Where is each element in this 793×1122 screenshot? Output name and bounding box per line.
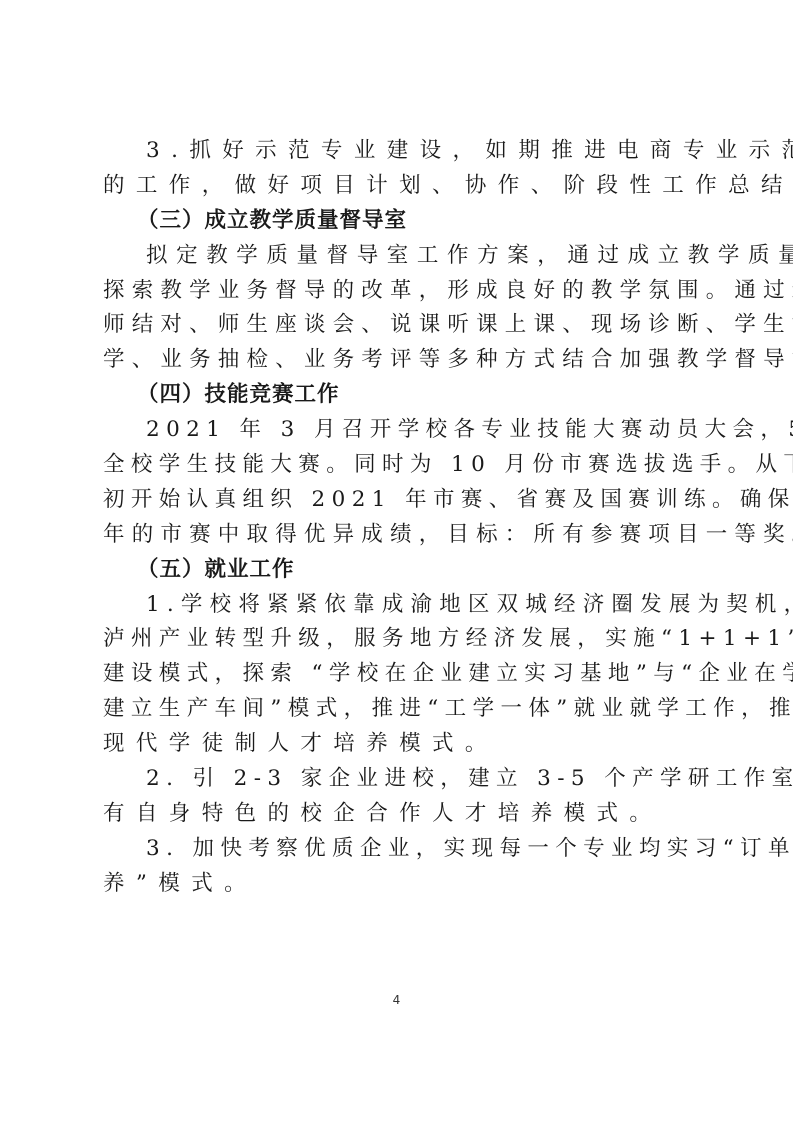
paragraph-line: 3.抓好示范专业建设，如期推进电商专业示范建设各项目	[103, 134, 693, 169]
paragraph-line: 3. 加快考察优质企业，实现每一个专业均实习“订单班培	[103, 832, 693, 867]
paragraph-line: 建立生产车间”模式，推进“工学一体”就业就学工作，推行	[103, 692, 693, 727]
paragraph-line: 1.学校将紧紧依靠成渝地区双城经济圈发展为契机，立足	[103, 588, 693, 623]
paragraph-line: 的工作，做好项目计划、协作、阶段性工作总结。	[103, 169, 693, 204]
paragraph-line: 拟定教学质量督导室工作方案，通过成立教学质量督导室，	[103, 239, 693, 274]
paragraph-line: 有自身特色的校企合作人才培养模式。	[103, 797, 693, 832]
section-heading-4: （四）技能竞赛工作	[103, 378, 693, 413]
paragraph-line: 现代学徒制人才培养模式。	[103, 727, 693, 762]
paragraph-line: 2. 引 2-3 家企业进校，建立 3-5 个产学研工作室，形成具	[103, 762, 693, 797]
paragraph-line: 初开始认真组织 2021 年市赛、省赛及国赛训练。确保在 2021	[103, 483, 693, 518]
paragraph-line: 泸州产业转型升级，服务地方经济发展，实施“1+1+1”专业	[103, 622, 693, 657]
document-body: 3.抓好示范专业建设，如期推进电商专业示范建设各项目 的工作，做好项目计划、协作…	[103, 134, 693, 902]
paragraph-line: 师结对、师生座谈会、说课听课上课、现场诊断、学生评教评	[103, 308, 693, 343]
paragraph-line: 养”模式。	[103, 867, 693, 902]
paragraph-line: 探索教学业务督导的改革，形成良好的教学氛围。通过新老教	[103, 274, 693, 309]
section-heading-3: （三）成立教学质量督导室	[103, 204, 693, 239]
paragraph-line: 建设模式，探索 “学校在企业建立实习基地”与“企业在学校	[103, 657, 693, 692]
paragraph-line: 2021 年 3 月召开学校各专业技能大赛动员大会，5 月举行	[103, 413, 693, 448]
paragraph-line: 全校学生技能大赛。同时为 10 月份市赛选拔选手。从下期 3 月	[103, 448, 693, 483]
paragraph-line: 学、业务抽检、业务考评等多种方式结合加强教学督导管理。	[103, 343, 693, 378]
page-number: 4	[0, 993, 793, 1007]
paragraph-line: 年的市赛中取得优异成绩，目标：所有参赛项目一等奖。	[103, 518, 693, 553]
section-heading-5: （五）就业工作	[103, 553, 693, 588]
